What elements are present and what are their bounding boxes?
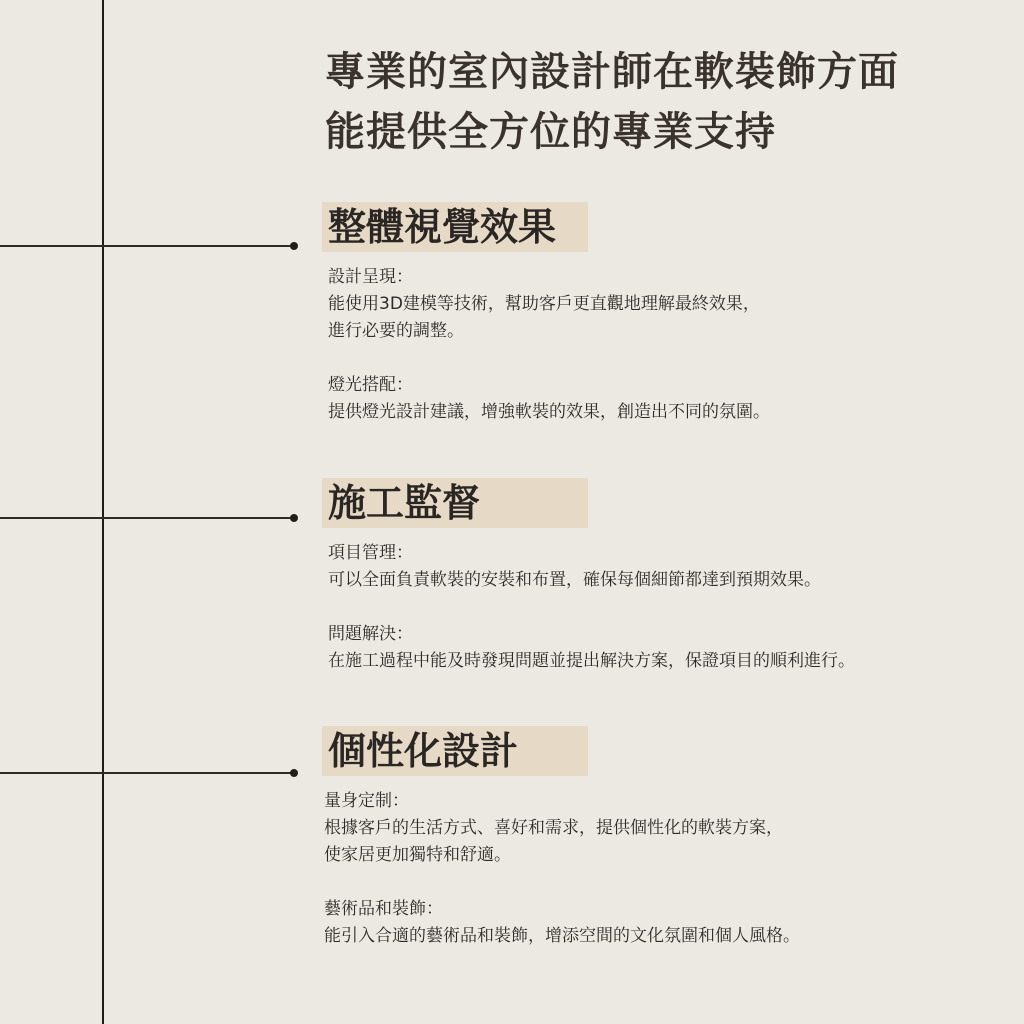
item-project-management: 項目管理： 可以全面負責軟裝的安裝和布置，確保每個細節都達到預期效果。 — [328, 540, 1002, 594]
section-heading: 施工監督 — [322, 478, 588, 528]
section-construction-supervision: 施工監督 項目管理： 可以全面負責軟裝的安裝和布置，確保每個細節都達到預期效果。… — [322, 478, 1002, 675]
timeline-dot-3 — [290, 769, 298, 777]
timeline-connector-2 — [0, 517, 294, 519]
item-text: 能引入合適的藝術品和裝飾，增添空間的文化氛圍和個人風格。 — [324, 923, 1002, 950]
item-label: 量身定制： — [324, 788, 1002, 815]
item-text: 進行必要的調整。 — [328, 318, 1002, 345]
item-text: 根據客戶的生活方式、喜好和需求，提供個性化的軟裝方案， — [324, 815, 1002, 842]
item-label: 項目管理： — [328, 540, 1002, 567]
item-label: 燈光搭配： — [328, 372, 1002, 399]
item-problem-solving: 問題解決： 在施工過程中能及時發現問題並提出解決方案，保證項目的順利進行。 — [328, 621, 1002, 675]
item-lighting: 燈光搭配： 提供燈光設計建議，增強軟裝的效果，創造出不同的氛圍。 — [328, 372, 1002, 426]
item-art-and-decor: 藝術品和裝飾： 能引入合適的藝術品和裝飾，增添空間的文化氛圍和個人風格。 — [324, 896, 1002, 950]
item-text: 使家居更加獨特和舒適。 — [324, 842, 1002, 869]
item-customization: 量身定制： 根據客戶的生活方式、喜好和需求，提供個性化的軟裝方案， 使家居更加獨… — [324, 788, 1002, 869]
timeline-connector-3 — [0, 772, 294, 774]
section-personalized-design: 個性化設計 量身定制： 根據客戶的生活方式、喜好和需求，提供個性化的軟裝方案， … — [322, 726, 1002, 950]
item-label: 藝術品和裝飾： — [324, 896, 1002, 923]
page-title-line-2: 能提供全方位的專業支持 — [325, 102, 1005, 162]
item-text: 能使用3D建模等技術，幫助客戶更直觀地理解最終效果， — [328, 291, 1002, 318]
timeline-connector-1 — [0, 245, 294, 247]
section-items: 項目管理： 可以全面負責軟裝的安裝和布置，確保每個細節都達到預期效果。 問題解決… — [322, 540, 1002, 675]
item-design-presentation: 設計呈現： 能使用3D建模等技術，幫助客戶更直觀地理解最終效果， 進行必要的調整… — [328, 264, 1002, 345]
timeline-dot-2 — [290, 514, 298, 522]
item-label: 問題解決： — [328, 621, 1002, 648]
item-text: 在施工過程中能及時發現問題並提出解決方案，保證項目的順利進行。 — [328, 648, 1002, 675]
item-text: 可以全面負責軟裝的安裝和布置，確保每個細節都達到預期效果。 — [328, 567, 1002, 594]
section-heading: 個性化設計 — [322, 726, 588, 776]
item-text: 提供燈光設計建議，增強軟裝的效果，創造出不同的氛圍。 — [328, 399, 1002, 426]
timeline-dot-1 — [290, 242, 298, 250]
section-overall-visual-effect: 整體視覺效果 設計呈現： 能使用3D建模等技術，幫助客戶更直觀地理解最終效果， … — [322, 202, 1002, 426]
page-title-line-1: 專業的室內設計師在軟裝飾方面 — [325, 42, 1005, 102]
page-title: 專業的室內設計師在軟裝飾方面 能提供全方位的專業支持 — [325, 42, 1005, 162]
section-items: 設計呈現： 能使用3D建模等技術，幫助客戶更直觀地理解最終效果， 進行必要的調整… — [322, 264, 1002, 426]
section-heading: 整體視覺效果 — [322, 202, 588, 252]
item-label: 設計呈現： — [328, 264, 1002, 291]
timeline-vertical-line — [102, 0, 104, 1024]
section-items: 量身定制： 根據客戶的生活方式、喜好和需求，提供個性化的軟裝方案， 使家居更加獨… — [322, 788, 1002, 950]
